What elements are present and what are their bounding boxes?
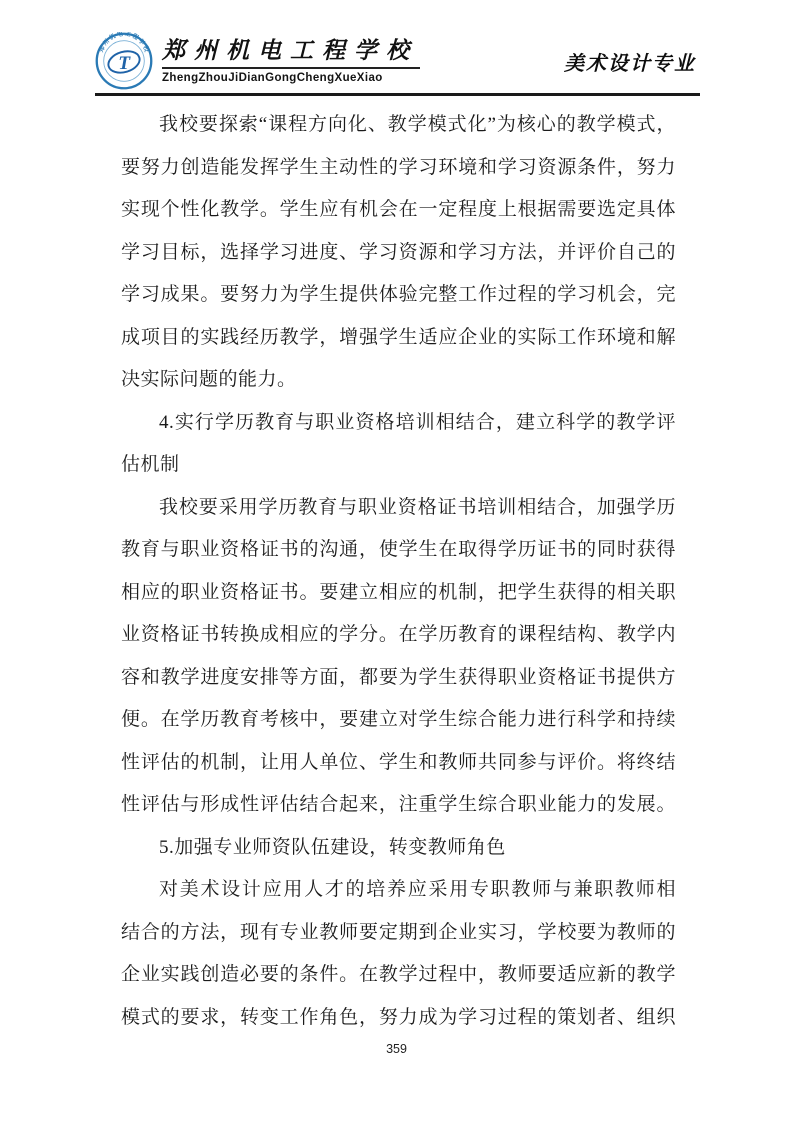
text-line: 我校要探索“课程方向化、教学模式化”为核心的教学模式，: [121, 104, 676, 147]
text-line: 我校要采用学历教育与职业资格证书培训相结合，加强学历: [121, 487, 676, 530]
text-line: 学习成果。要努力为学生提供体验完整工作过程的学习机会，完: [121, 274, 676, 317]
school-name: 郑州机电工程学校: [162, 38, 420, 68]
school-logo-icon: 郑州机电工程学校 T: [95, 32, 153, 90]
text-line: 企业实践创造必要的条件。在教学过程中，教师要适应新的教学: [121, 954, 676, 997]
text-line: 性评估与形成性评估结合起来，注重学生综合职业能力的发展。: [121, 784, 676, 827]
page-header: 郑州机电工程学校 T 郑州机电工程学校 ZhengZhouJiDianGongC…: [95, 0, 700, 96]
school-name-block: 郑州机电工程学校 ZhengZhouJiDianGongChengXueXiao: [162, 38, 420, 83]
text-line: 模式的要求，转变工作角色，努力成为学习过程的策划者、组织: [121, 997, 676, 1040]
text-line: 业资格证书转换成相应的学分。在学历教育的课程结构、教学内: [121, 614, 676, 657]
text-line: 4.实行学历教育与职业资格培训相结合，建立科学的教学评: [121, 402, 676, 445]
text-line: 估机制: [121, 444, 676, 487]
school-pinyin: ZhengZhouJiDianGongChengXueXiao: [162, 72, 420, 84]
text-line: 容和教学进度安排等方面，都要为学生获得职业资格证书提供方: [121, 657, 676, 700]
text-line: 实现个性化教学。学生应有机会在一定程度上根据需要选定具体: [121, 189, 676, 232]
text-line: 便。在学历教育考核中，要建立对学生综合能力进行科学和持续: [121, 699, 676, 742]
text-line: 性评估的机制，让用人单位、学生和教师共同参与评价。将终结: [121, 742, 676, 785]
page-footer: 359: [0, 1040, 793, 1058]
logo-center-letter: T: [118, 53, 131, 74]
text-line: 要努力创造能发挥学生主动性的学习环境和学习资源条件，努力: [121, 147, 676, 190]
major-title: 美术设计专业: [564, 47, 700, 76]
page-number: 359: [386, 1042, 407, 1056]
text-line: 学习目标，选择学习进度、学习资源和学习方法，并评价自己的: [121, 232, 676, 275]
school-brand: 郑州机电工程学校 T 郑州机电工程学校 ZhengZhouJiDianGongC…: [95, 32, 420, 90]
text-line: 相应的职业资格证书。要建立相应的机制，把学生获得的相关职: [121, 572, 676, 615]
text-line: 教育与职业资格证书的沟通，使学生在取得学历证书的同时获得: [121, 529, 676, 572]
text-line: 结合的方法，现有专业教师要定期到企业实习，学校要为教师的: [121, 912, 676, 955]
document-page: 郑州机电工程学校 T 郑州机电工程学校 ZhengZhouJiDianGongC…: [0, 0, 793, 1122]
text-line: 5.加强专业师资队伍建设，转变教师角色: [121, 827, 676, 870]
text-line: 对美术设计应用人才的培养应采用专职教师与兼职教师相: [121, 869, 676, 912]
document-body: 我校要探索“课程方向化、教学模式化”为核心的教学模式，要努力创造能发挥学生主动性…: [95, 96, 700, 1039]
text-line: 决实际问题的能力。: [121, 359, 676, 402]
text-line: 成项目的实践经历教学，增强学生适应企业的实际工作环境和解: [121, 317, 676, 360]
